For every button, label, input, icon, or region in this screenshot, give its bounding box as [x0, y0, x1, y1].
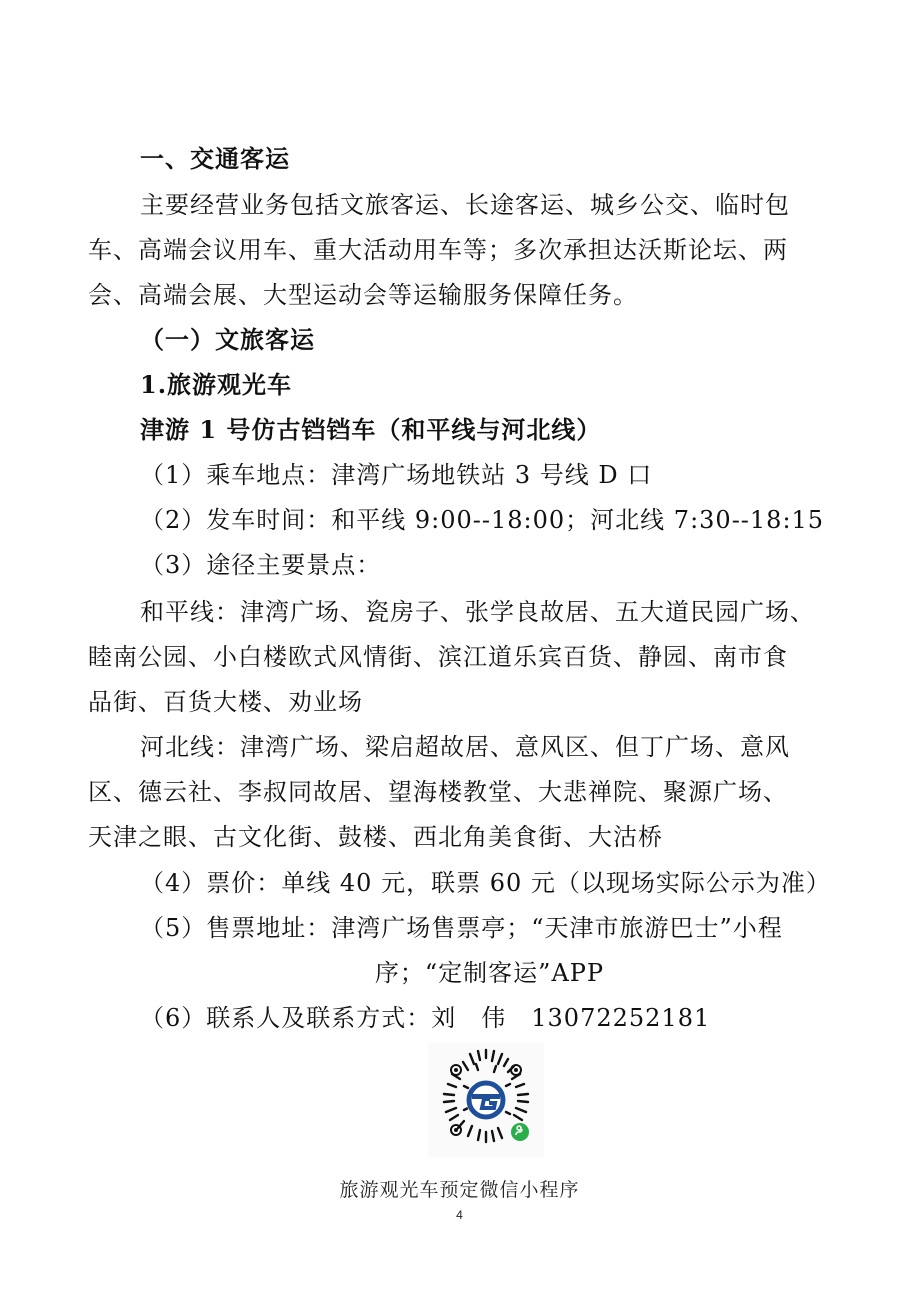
- heping-line-3: 品街、百货大楼、劝业场: [88, 687, 363, 717]
- section-heading: 一、交通客运: [140, 144, 290, 174]
- product-title: 津游 1 号仿古铛铛车（和平线与河北线）: [140, 415, 601, 445]
- hebei-line-1: 河北线：津湾广场、梁启超故居、意风区、但丁广场、意风: [140, 732, 790, 762]
- item-heading: 1.旅游观光车: [140, 370, 292, 400]
- detail-schedule: （2）发车时间：和平线 9:00--18:00；河北线 7:30--18:15: [140, 505, 824, 535]
- intro-line-3: 会、高端会展、大型运动会等运输服务保障任务。: [88, 280, 638, 310]
- hebei-line-3: 天津之眼、古文化街、鼓楼、西北角美食街、大沽桥: [88, 822, 663, 852]
- hebei-line-2: 区、德云社、李叔同故居、望海楼教堂、大悲禅院、聚源广场、: [88, 777, 788, 807]
- page-number: 4: [0, 1208, 919, 1222]
- qr-code-icon: [428, 1042, 544, 1158]
- wechat-mini-program-qr-code[interactable]: [428, 1042, 544, 1158]
- intro-line-1: 主要经营业务包括文旅客运、长途客运、城乡公交、临时包: [140, 190, 790, 220]
- qr-caption: 旅游观光车预定微信小程序: [0, 1175, 919, 1202]
- heping-line-1: 和平线：津湾广场、瓷房子、张学良故居、五大道民园广场、: [140, 597, 815, 627]
- detail-ticket-line-2: 序；“定制客运”APP: [0, 958, 919, 988]
- heping-line-2: 睦南公园、小白楼欧式风情街、滨江道乐宾百货、静园、南市食: [88, 642, 788, 672]
- detail-attractions-label: （3）途径主要景点：: [140, 550, 381, 580]
- subsection-heading: （一）文旅客运: [140, 325, 315, 355]
- detail-price: （4）票价：单线 40 元，联票 60 元（以现场实际公示为准）: [140, 868, 831, 898]
- detail-contact: （6）联系人及联系方式：刘 伟 13072252181: [140, 1003, 710, 1033]
- detail-ticket-line-1: （5）售票地址：津湾广场售票亭；“天津市旅游巴士”小程: [140, 913, 783, 943]
- detail-location: （1）乘车地点：津湾广场地铁站 3 号线 D 口: [140, 460, 652, 490]
- intro-line-2: 车、高端会议用车、重大活动用车等；多次承担达沃斯论坛、两: [88, 235, 788, 265]
